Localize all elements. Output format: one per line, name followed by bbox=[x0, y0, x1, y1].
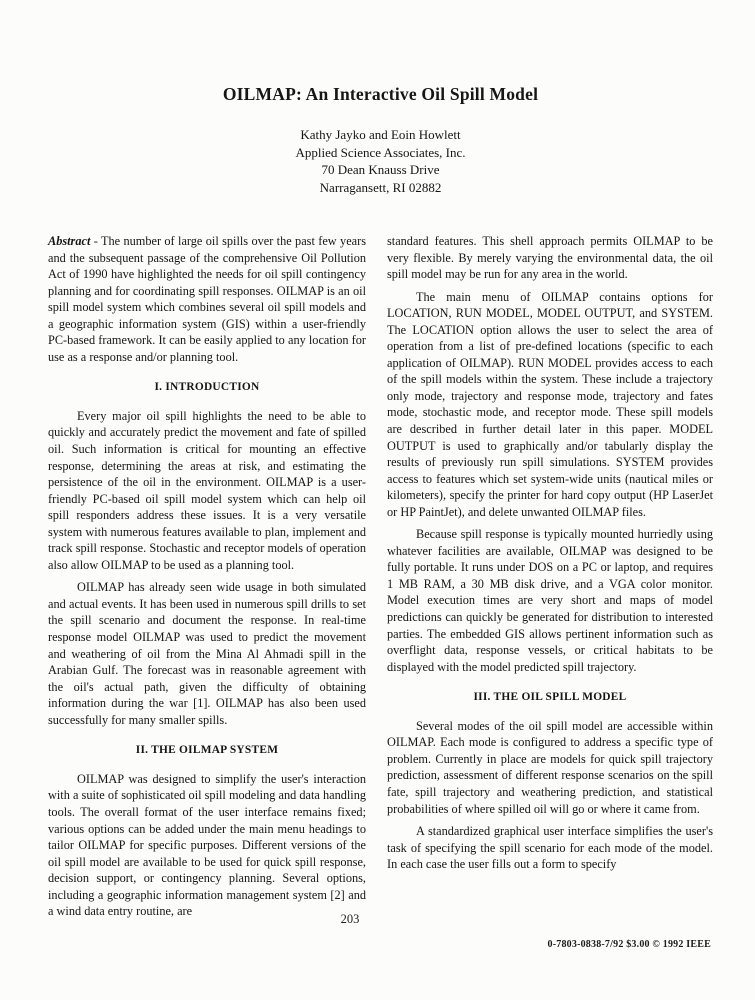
paper-page: OILMAP: An Interactive Oil Spill Model K… bbox=[0, 0, 755, 1000]
author-block: Kathy Jayko and Eoin Howlett Applied Sci… bbox=[48, 126, 713, 196]
page-number: 203 bbox=[0, 912, 700, 927]
author-affiliation: Applied Science Associates, Inc. bbox=[48, 144, 713, 162]
abstract: Abstract - The number of large oil spill… bbox=[48, 233, 366, 365]
paragraph-model-modes: Several modes of the oil spill model are… bbox=[387, 718, 713, 817]
copyright-notice: 0-7803-0838-7/92 $3.00 © 1992 IEEE bbox=[548, 939, 711, 950]
right-column: standard features. This shell approach p… bbox=[387, 233, 713, 926]
section-heading-oil-spill-model: III. THE OIL SPILL MODEL bbox=[387, 689, 713, 706]
author-city-state-zip: Narragansett, RI 02882 bbox=[48, 179, 713, 197]
page-title: OILMAP: An Interactive Oil Spill Model bbox=[48, 84, 713, 105]
section-heading-oilmap-system: II. THE OILMAP SYSTEM bbox=[48, 742, 366, 759]
paragraph-gui: A standardized graphical user interface … bbox=[387, 823, 713, 873]
paragraph-intro-2: OILMAP has already seen wide usage in bo… bbox=[48, 579, 366, 728]
paragraph-system-1: OILMAP was designed to simplify the user… bbox=[48, 771, 366, 920]
author-names: Kathy Jayko and Eoin Howlett bbox=[48, 126, 713, 144]
abstract-text: - The number of large oil spills over th… bbox=[48, 234, 366, 364]
left-column: Abstract - The number of large oil spill… bbox=[48, 233, 366, 926]
paragraph-portability: Because spill response is typically moun… bbox=[387, 526, 713, 675]
author-address: 70 Dean Knauss Drive bbox=[48, 161, 713, 179]
abstract-label: Abstract bbox=[48, 234, 90, 248]
two-column-body: Abstract - The number of large oil spill… bbox=[48, 233, 713, 926]
paragraph-main-menu: The main menu of OILMAP contains options… bbox=[387, 289, 713, 521]
paragraph-system-1-continued: standard features. This shell approach p… bbox=[387, 233, 713, 283]
section-heading-introduction: I. INTRODUCTION bbox=[48, 379, 366, 396]
paragraph-intro-1: Every major oil spill highlights the nee… bbox=[48, 408, 366, 573]
